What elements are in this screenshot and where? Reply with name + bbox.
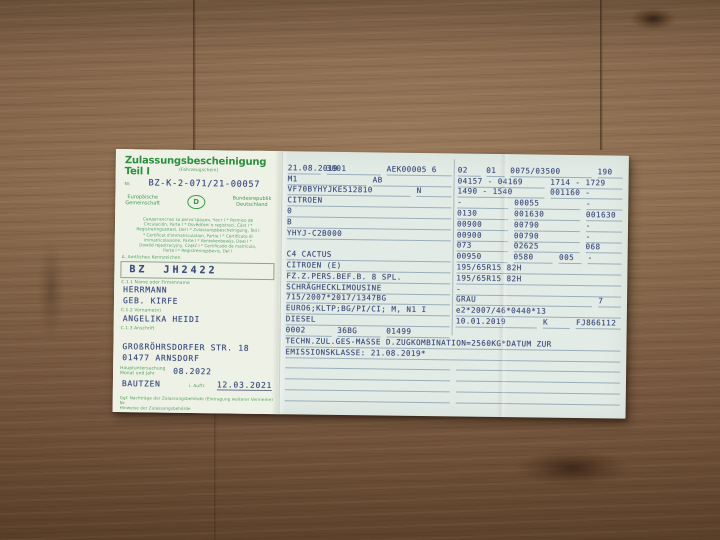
inspection-label: Hauptuntersuchung Monat und Jahr bbox=[120, 366, 168, 377]
owner-city: 01477 ARNSDORF bbox=[122, 353, 199, 363]
table-row: YHYJ-C2B000 bbox=[287, 228, 451, 241]
table-cell: - bbox=[586, 232, 622, 243]
table-cell: N bbox=[417, 186, 452, 197]
eu-emblem-row: Europäische Gemeinschaft D Bundesrepubli… bbox=[125, 194, 271, 210]
table-cell: 001630 bbox=[586, 210, 622, 221]
remarks-and-blank-rows: TECHN.ZUL.GES-MASSE D.ZUGKOMBINATION=256… bbox=[285, 336, 621, 405]
table-cell: 0580 bbox=[513, 252, 553, 264]
issuing-authority: BAUTZEN bbox=[122, 379, 161, 389]
wood-knot bbox=[630, 8, 676, 30]
owner-first-names: ANGELIKA HEIDI bbox=[123, 314, 200, 324]
table-row: 10.01.2019KFJ866112 bbox=[456, 317, 621, 330]
table-cell: 0002 bbox=[286, 325, 332, 337]
multilingual-microtext: Свидетелство за регистрация, Част I * Pe… bbox=[120, 216, 277, 258]
plate-number: JH2422 bbox=[163, 265, 217, 277]
table-cell: 7 bbox=[598, 297, 621, 308]
table-cell: - bbox=[586, 199, 622, 210]
address-label: C.1.3 Anschrift bbox=[121, 326, 155, 332]
table-cell: 190 bbox=[597, 167, 622, 178]
owner-birth-name: GEB. KIRFE bbox=[123, 296, 178, 306]
plate-district-code: BZ bbox=[129, 264, 147, 275]
owner-surname: HERRMANN bbox=[123, 285, 167, 295]
wood-plank-seam bbox=[600, 0, 603, 150]
wood-plank-seam bbox=[193, 0, 196, 152]
table-cell: 01 bbox=[486, 166, 504, 177]
wood-knot bbox=[515, 450, 630, 486]
table-cell: 21.08.2019 bbox=[288, 163, 321, 174]
table-cell: - bbox=[586, 221, 622, 232]
registration-document: Zulassungsbescheinigung Teil I (Fahrzeug… bbox=[113, 149, 629, 419]
photo-background: Zulassungsbescheinigung Teil I (Fahrzeug… bbox=[0, 0, 720, 540]
owner-street: GROßRÖHRSDORFER STR. 18 bbox=[122, 342, 249, 353]
vehicle-data-column: 21.08.20193001AEK00005 6M1ABVF70BYHYJKE5… bbox=[286, 163, 452, 338]
document-data-section: 21.08.20193001AEK00005 6M1ABVF70BYHYJKE5… bbox=[279, 151, 629, 419]
authority-note: i. Auftr. bbox=[189, 384, 206, 389]
table-cell: 01499 bbox=[386, 326, 449, 338]
inspection-date: 08.2022 bbox=[173, 367, 212, 377]
table-cell bbox=[455, 402, 619, 405]
country-code-oval: D bbox=[187, 195, 205, 209]
issue-date: 12.03.2021 bbox=[217, 380, 272, 391]
column-divider bbox=[452, 159, 455, 335]
table-cell bbox=[285, 400, 449, 403]
table-cell: 005 bbox=[559, 253, 582, 264]
wood-plank-seam bbox=[214, 410, 217, 540]
table-cell: - bbox=[588, 253, 622, 264]
doc-number-label: Nr. bbox=[124, 182, 130, 187]
footer-note: Ggf. Nachträge der Zulassungsbehörde (Ei… bbox=[120, 395, 274, 412]
table-cell: 10.01.2019 bbox=[456, 316, 537, 328]
wood-grain-streak bbox=[38, 240, 64, 340]
table-cell: 36BG bbox=[337, 326, 380, 338]
country-name-label: Bundesrepublik Deutschland bbox=[232, 197, 271, 209]
table-cell: K bbox=[543, 318, 570, 329]
plate-field-label: A. Amtliches Kennzeichen bbox=[122, 255, 181, 261]
table-cell: 02 bbox=[458, 165, 481, 176]
table-cell: 068 bbox=[585, 243, 621, 254]
first-name-label: C.1.2 Vorname(n) bbox=[121, 308, 161, 314]
technical-data-column: 02010075/0350019004157 - 041691714 - 172… bbox=[456, 165, 623, 329]
table-cell: FJ866112 bbox=[576, 318, 621, 330]
license-plate-box: BZ JH2422 bbox=[120, 261, 274, 280]
table-cell: YHYJ-C2B000 bbox=[287, 228, 451, 241]
doc-number: BZ-K-2-071/21-00057 bbox=[148, 178, 260, 189]
eu-community-label: Europäische Gemeinschaft bbox=[125, 195, 160, 207]
document-header-section: Zulassungsbescheinigung Teil I (Fahrzeug… bbox=[113, 149, 283, 414]
